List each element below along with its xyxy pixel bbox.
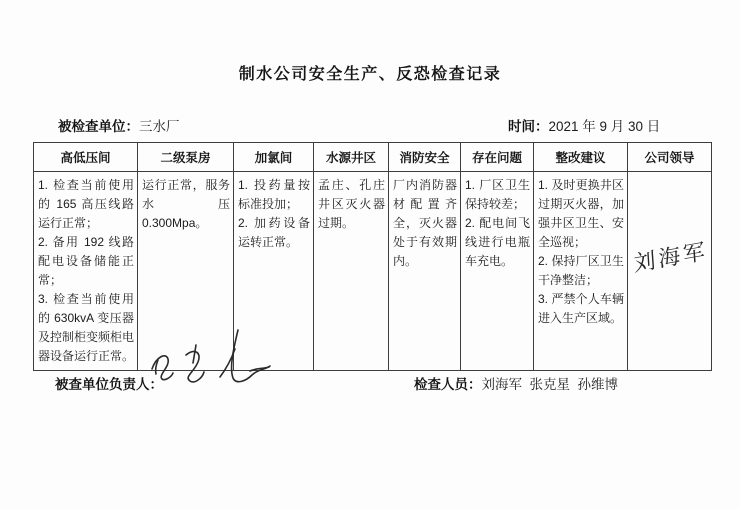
column-header-fire-safety: 消防安全 (389, 143, 461, 172)
inspectors-field: 检查人员：刘海军 张克星 孙维博 (414, 373, 618, 393)
responsible-person-signature (146, 327, 276, 391)
column-header-water-source-wells: 水源井区 (314, 143, 389, 172)
document-page: 制水公司安全生产、反恐检查记录 被检查单位：三水厂 时间：2021 年 9 月 … (0, 0, 740, 509)
column-header-existing-problems: 存在问题 (461, 143, 534, 172)
cell-water-source-wells: 孟庄、孔庄井区灭火器过期。 (314, 172, 389, 371)
document-title: 制水公司安全生产、反恐检查记录 (0, 61, 740, 84)
column-header-company-leader: 公司领导 (628, 143, 712, 172)
column-header-high-low-voltage-room: 高低压间 (34, 143, 138, 172)
responsible-person-field: 被查单位负责人： (55, 373, 163, 393)
cell-fire-safety: 厂内消防器材配置齐全，灭火器处于有效期内。 (389, 172, 461, 371)
inspectors-names: 刘海军 张克星 孙维博 (482, 377, 619, 392)
cell-rectification-suggestions: 1. 及时更换井区过期灭火器，加强井区卫生、安全巡视； 2. 保持厂区卫生干净整… (534, 172, 628, 371)
table-body-row: 1. 检查当前使用的 165 高压线路运行正常； 2. 备用 192 线路配电设… (34, 172, 712, 371)
time-value: 2021 年 9 月 30 日 (549, 119, 661, 134)
inspectors-label: 检查人员： (414, 377, 482, 392)
time-label: 时间： (508, 119, 549, 134)
inspected-unit-value: 三水厂 (139, 119, 180, 134)
column-header-chlorination-room: 加氯间 (234, 143, 314, 172)
responsible-person-label: 被查单位负责人： (55, 377, 163, 392)
table-header-row: 高低压间 二级泵房 加氯间 水源井区 消防安全 存在问题 整改建议 公司领导 (34, 143, 712, 172)
time-field: 时间：2021 年 9 月 30 日 (508, 115, 660, 135)
inspected-unit-label: 被检查单位： (58, 119, 139, 134)
inspected-unit-field: 被检查单位：三水厂 (58, 115, 180, 135)
cell-existing-problems: 1. 厂区卫生保持较差； 2. 配电间飞线进行电瓶车充电。 (461, 172, 534, 371)
inspection-table: 高低压间 二级泵房 加氯间 水源井区 消防安全 存在问题 整改建议 公司领导 1… (33, 142, 712, 371)
cell-high-low-voltage-room: 1. 检查当前使用的 165 高压线路运行正常； 2. 备用 192 线路配电设… (34, 172, 138, 371)
column-header-rectification-suggestions: 整改建议 (534, 143, 628, 172)
column-header-secondary-pump-room: 二级泵房 (138, 143, 234, 172)
